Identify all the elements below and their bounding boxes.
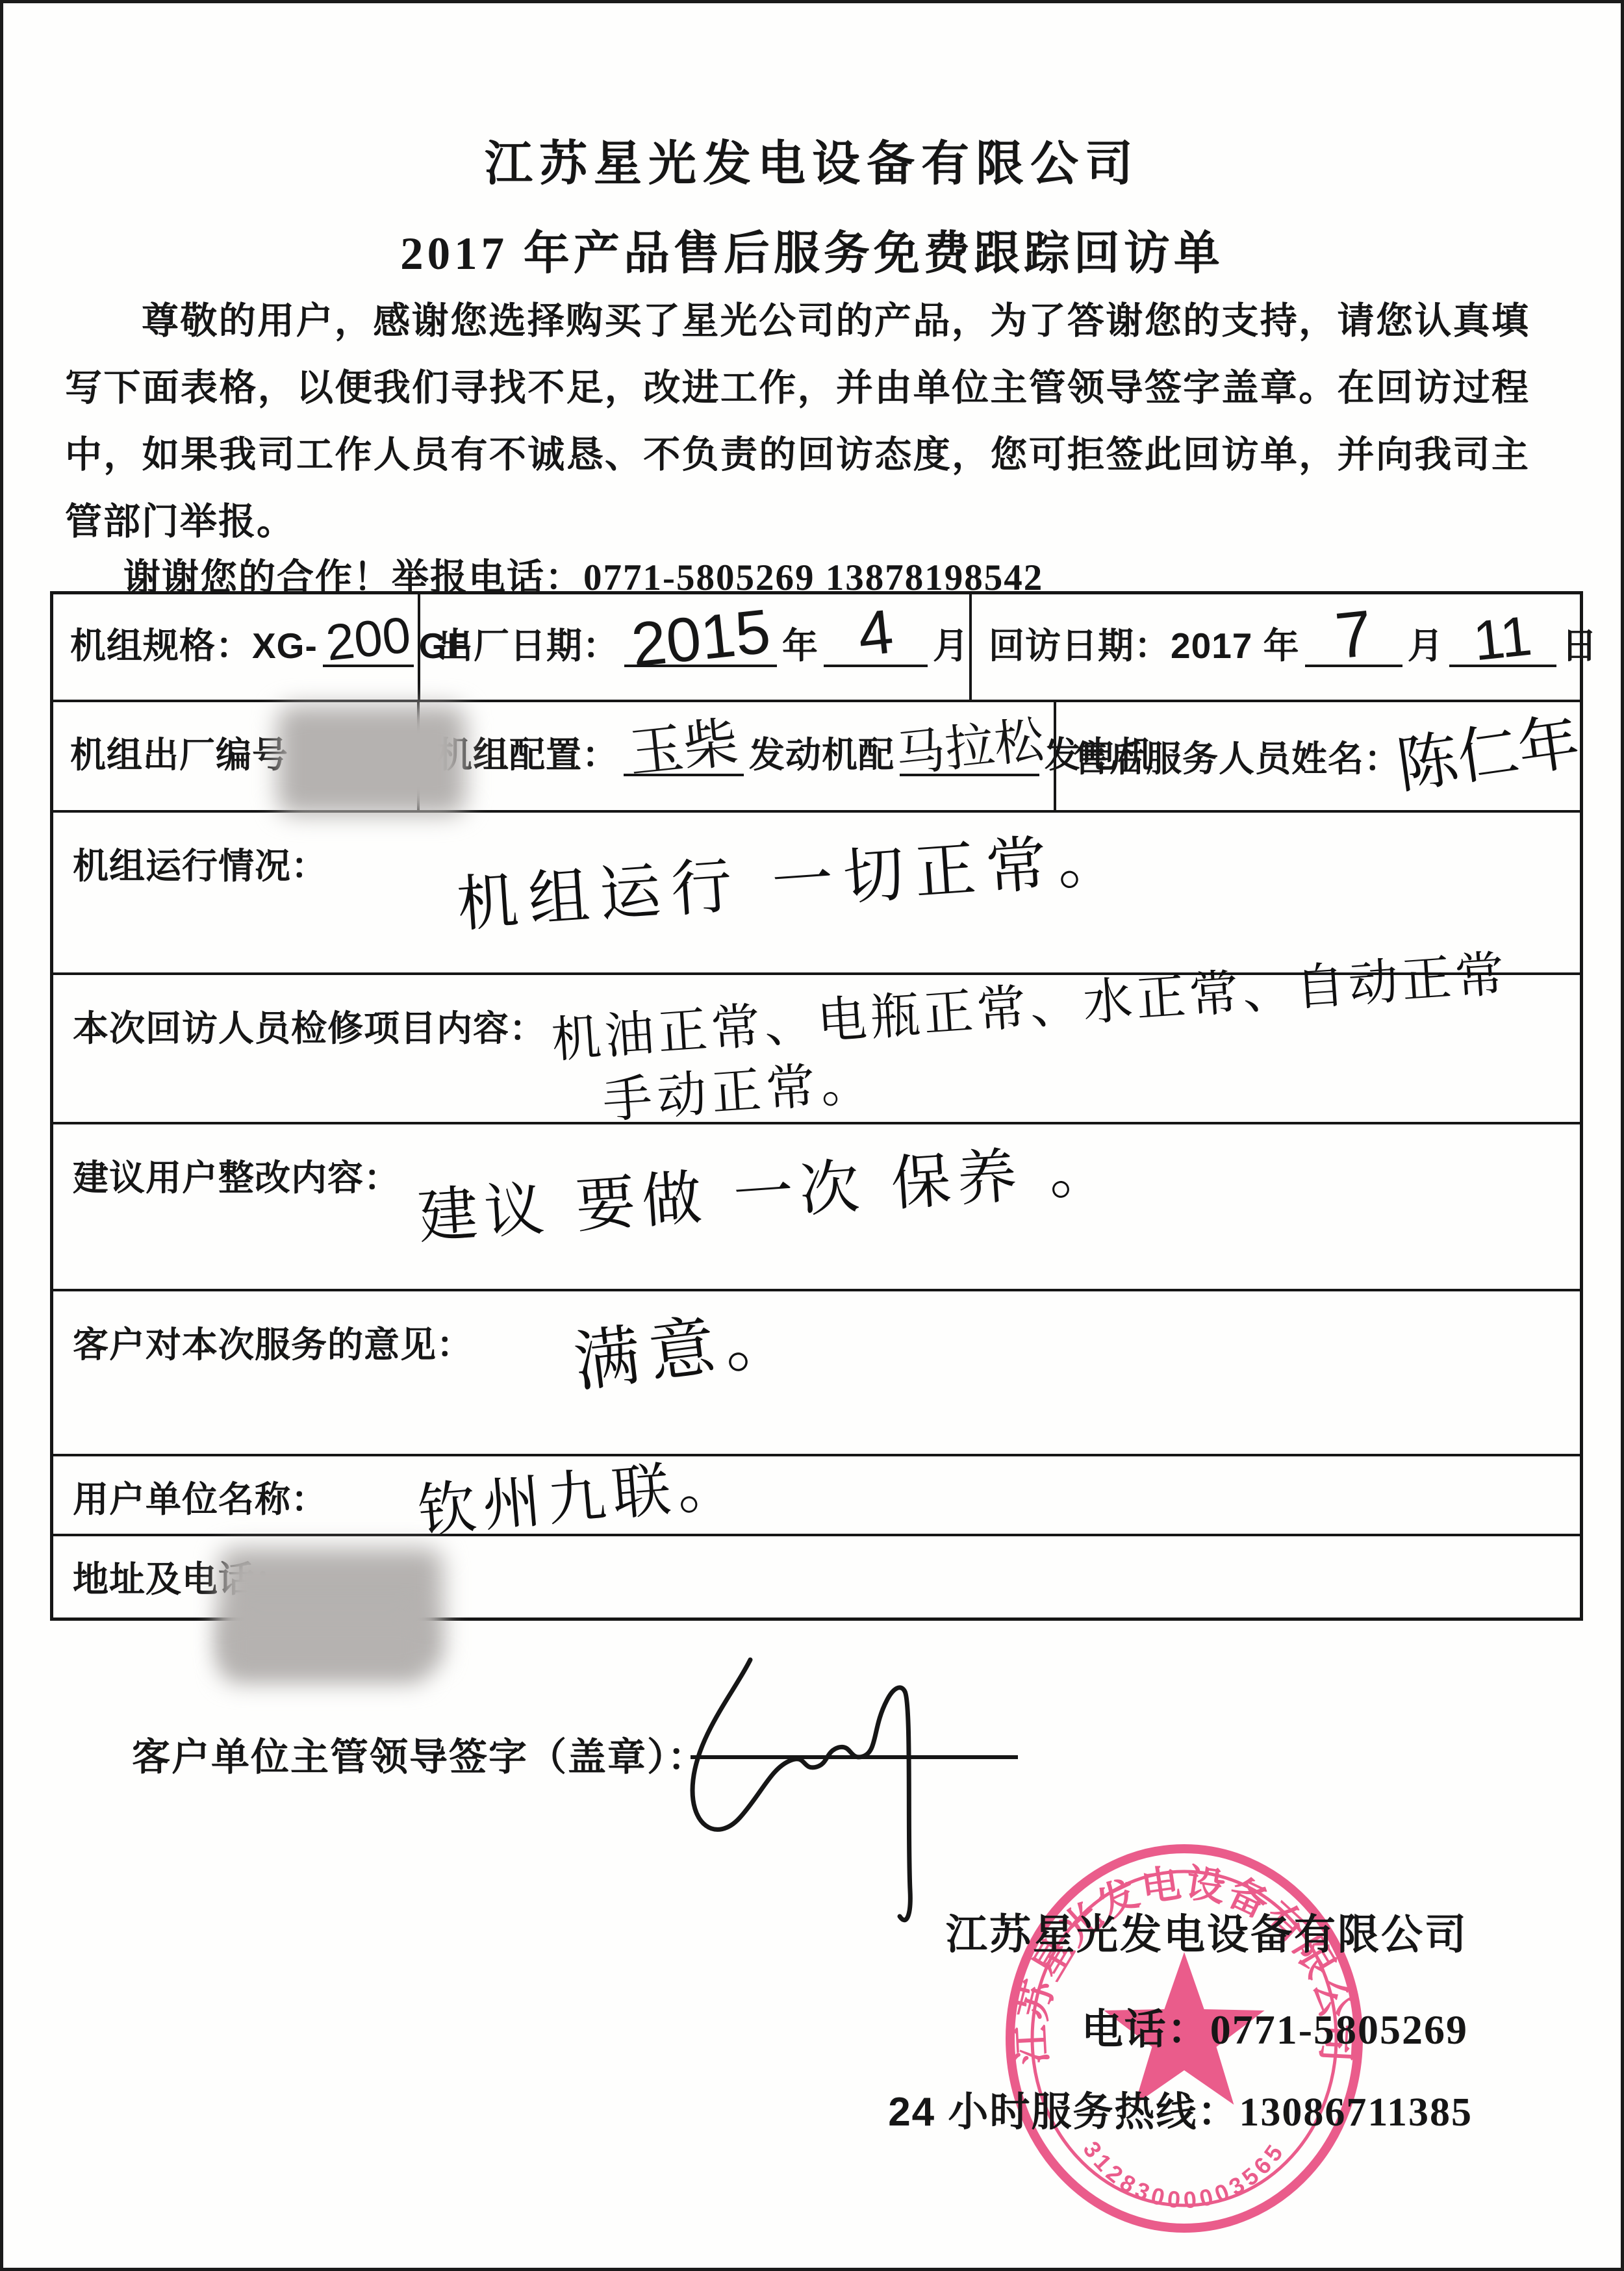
- operation-value-handwritten: 机组运行 一切正常。: [454, 809, 1132, 943]
- service-person-signature-handwritten: 陈仁年: [1390, 690, 1586, 820]
- serial-number-label: 机组出厂编号: [70, 735, 288, 775]
- operation-label: 机组运行情况：: [73, 837, 327, 972]
- suggestion-value-handwritten: 建议 要做 一次 保养 。: [415, 1121, 1118, 1256]
- signature-scribble: [692, 1660, 910, 1920]
- factory-year-handwritten: 2015: [629, 603, 773, 674]
- unit-spec-underline: 200: [323, 623, 414, 667]
- scanned-service-form-page: 江苏星光发电设备有限公司 2017 年产品售后服务免费跟踪回访单 尊敬的用户，感…: [0, 0, 1624, 2271]
- table-row-spec-dates: 机组规格：XG-200GF 出厂日期：2015年4月 回访日期：2017 年7月…: [53, 594, 1580, 702]
- unit-spec-label: 机组规格：XG-: [70, 626, 318, 666]
- table-row-customer: 用户单位名称： 钦州九联。: [53, 1456, 1580, 1536]
- visit-month-handwritten: 7: [1332, 604, 1375, 665]
- visit-date-label: 回访日期：2017 年: [989, 626, 1300, 666]
- page-title: 江苏星光发电设备有限公司: [3, 125, 1621, 194]
- engine-brand-handwritten: 玉柴: [626, 713, 741, 781]
- footer-phone-line: 电话：0771-5805269: [1082, 1996, 1468, 2056]
- factory-date-label: 出厂日期：: [437, 626, 619, 666]
- unit-spec-cell: 机组规格：XG-200GF: [53, 594, 420, 700]
- unit-spec-value-handwritten: 200: [323, 605, 413, 671]
- engine-suffix-label: 发动机配: [749, 735, 894, 775]
- table-row-suggestion: 建议用户整改内容： 建议 要做 一次 保养 。: [53, 1124, 1580, 1291]
- form-table: 机组规格：XG-200GF 出厂日期：2015年4月 回访日期：2017 年7月…: [50, 591, 1583, 1621]
- inspection-label: 本次回访人员检修项目内容：: [73, 1000, 546, 1122]
- factory-month-handwritten: 4: [856, 603, 896, 663]
- suggestion-label: 建议用户整改内容：: [73, 1149, 400, 1289]
- unit-config-cell: 机组配置：玉柴发动机配马拉松发电机: [420, 702, 1056, 810]
- serial-number-redaction: [277, 705, 466, 815]
- table-row-inspection: 本次回访人员检修项目内容： 机油正常、电瓶正常、水正常、自动正常 手动正常。: [53, 975, 1580, 1124]
- leader-signature-icon: [653, 1630, 1056, 1942]
- factory-year-unit: 年: [782, 626, 818, 666]
- customer-unit-label: 用户单位名称：: [73, 1471, 327, 1534]
- factory-month-underline: 4: [824, 623, 928, 667]
- engine-brand-underline: 玉柴: [624, 732, 744, 776]
- form-title: 2017 年产品售后服务免费跟踪回访单: [3, 216, 1621, 283]
- footer-phone-number: 0771-5805269: [1210, 2007, 1468, 2053]
- service-person-label: 售后服务人员姓名：: [1073, 739, 1401, 779]
- opinion-value-handwritten: 满意。: [568, 1283, 804, 1404]
- stamp-number-text: 31283000003565: [1078, 2137, 1290, 2214]
- visit-month-unit: 月: [1408, 626, 1444, 666]
- table-row-address: 地址及电话：: [53, 1536, 1580, 1618]
- intro-paragraph: 尊敬的用户，感谢您选择购买了星光公司的产品，为了答谢您的支持，请您认真填写下面表…: [65, 288, 1530, 555]
- generator-brand-underline: 马拉松: [900, 732, 1039, 776]
- factory-month-unit: 月: [933, 626, 969, 666]
- serial-number-cell: 机组出厂编号: [53, 702, 420, 810]
- service-person-cell: 售后服务人员姓名：陈仁年: [1056, 702, 1580, 810]
- footer-company-name: 江苏星光发电设备有限公司: [946, 1901, 1468, 1961]
- footer-phone-label: 电话：: [1082, 2006, 1210, 2053]
- visit-day-handwritten: 11: [1471, 607, 1534, 670]
- visit-day-unit: 日: [1562, 626, 1598, 666]
- visit-date-cell: 回访日期：2017 年7月11日: [972, 594, 1598, 700]
- address-redaction-overflow: [221, 1611, 429, 1682]
- footer-hotline-line: 24 小时服务热线：13086711385: [888, 2079, 1473, 2137]
- svg-text:31283000003565: 31283000003565: [1078, 2137, 1290, 2214]
- factory-date-cell: 出厂日期：2015年4月: [420, 594, 972, 700]
- opinion-label: 客户对本次服务的意见：: [73, 1316, 473, 1454]
- visit-month-underline: 7: [1305, 623, 1402, 667]
- table-row-opinion: 客户对本次服务的意见： 满意。: [53, 1291, 1580, 1456]
- footer-hotline-number: 13086711385: [1239, 2090, 1473, 2135]
- visit-day-underline: 11: [1449, 623, 1556, 667]
- generator-brand-handwritten: 马拉松: [893, 711, 1047, 783]
- factory-year-underline: 2015: [624, 623, 777, 667]
- table-row-serial-config: 机组出厂编号 机组配置：玉柴发动机配马拉松发电机 售后服务人员姓名：陈仁年: [53, 702, 1580, 813]
- leader-signature-label: 客户单位主管领导签字（盖章）：: [132, 1726, 707, 1781]
- footer-hotline-label: 24 小时服务热线：: [888, 2090, 1239, 2135]
